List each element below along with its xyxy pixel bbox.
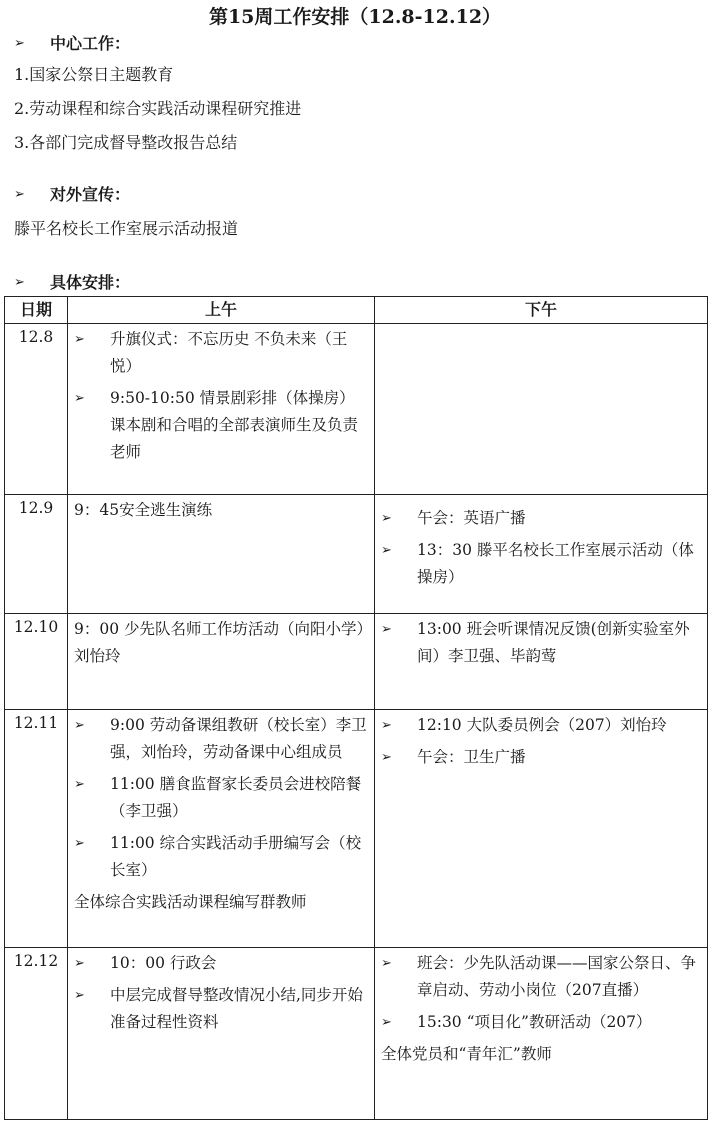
date-cell: 12.10: [5, 614, 68, 710]
bullet-text: 13：30 滕平名校长工作室展示活动（体操房）: [417, 537, 703, 591]
bullet-text: 午会：卫生广播: [417, 744, 703, 771]
table-row: 12.12➢10：00 行政会➢中层完成督导整改情况小结,同步开始准备过程性资料…: [5, 948, 708, 1120]
am-cell: ➢升旗仪式：不忘历史 不负未来（王悦）➢9:50-10:50 情景剧彩排（体操房…: [68, 324, 375, 495]
center-work-item: 2.劳动课程和综合实践活动课程研究推进: [14, 98, 301, 120]
arrow-bullet-icon: ➢: [14, 184, 50, 206]
bullet-text: 13:00 班会听课情况反馈(创新实验室外间）李卫强、毕韵莺: [417, 616, 703, 670]
arrow-bullet-icon: ➢: [74, 385, 110, 466]
arrow-bullet-icon: ➢: [381, 950, 417, 1004]
bullet-text: 15:30 “项目化”教研活动（207）: [417, 1009, 703, 1036]
arrow-bullet-icon: ➢: [74, 712, 110, 766]
arrow-bullet-icon: ➢: [14, 33, 50, 55]
section-heading-text: 中心工作：: [50, 33, 130, 55]
section-heading-text: 具体安排：: [50, 272, 130, 294]
center-work-item: 1.国家公祭日主题教育: [14, 64, 173, 86]
bullet-text: 10：00 行政会: [110, 950, 370, 977]
header-am: 上午: [68, 297, 375, 324]
bullet-item: ➢午会：卫生广播: [381, 744, 703, 771]
bullet-item: ➢12:10 大队委员例会（207）刘怡玲: [381, 712, 703, 739]
plain-text: 9：45安全逃生演练: [74, 497, 370, 524]
am-cell: ➢10：00 行政会➢中层完成督导整改情况小结,同步开始准备过程性资料: [68, 948, 375, 1120]
date-cell: 12.11: [5, 710, 68, 948]
table-row: 12.11➢9:00 劳动备课组教研（校长室）李卫强，刘怡玲，劳动备课中心组成员…: [5, 710, 708, 948]
arrow-bullet-icon: ➢: [14, 272, 50, 294]
bullet-item: ➢9:00 劳动备课组教研（校长室）李卫强，刘怡玲，劳动备课中心组成员: [74, 712, 370, 766]
document-title: 第15周工作安排（12.8-12.12）: [0, 4, 710, 30]
date-cell: 12.12: [5, 948, 68, 1120]
section-heading-center-work: ➢ 中心工作：: [14, 33, 130, 55]
pm-cell: ➢班会：少先队活动课——国家公祭日、争章启动、劳动小岗位（207直播）➢15:3…: [375, 948, 708, 1120]
am-cell: 9：00 少先队名师工作坊活动（向阳小学）刘怡玲: [68, 614, 375, 710]
bullet-text: 12:10 大队委员例会（207）刘怡玲: [417, 712, 703, 739]
am-cell: 9：45安全逃生演练: [68, 495, 375, 614]
bullet-item: ➢9:50-10:50 情景剧彩排（体操房）课本剧和合唱的全部表演师生及负责老师: [74, 385, 370, 466]
table-row: 12.8➢升旗仪式：不忘历史 不负未来（王悦）➢9:50-10:50 情景剧彩排…: [5, 324, 708, 495]
section-heading-text: 对外宣传：: [50, 184, 130, 206]
bullet-text: 升旗仪式：不忘历史 不负未来（王悦）: [110, 326, 370, 380]
bullet-text: 9:00 劳动备课组教研（校长室）李卫强，刘怡玲，劳动备课中心组成员: [110, 712, 370, 766]
bullet-item: ➢11:00 膳食监督家长委员会进校陪餐（李卫强）: [74, 771, 370, 825]
plain-text: 全体党员和“青年汇”教师: [381, 1041, 703, 1068]
arrow-bullet-icon: ➢: [74, 950, 110, 977]
arrow-bullet-icon: ➢: [74, 830, 110, 884]
table-row: 12.109：00 少先队名师工作坊活动（向阳小学）刘怡玲➢13:00 班会听课…: [5, 614, 708, 710]
arrow-bullet-icon: ➢: [74, 326, 110, 380]
bullet-text: 11:00 膳食监督家长委员会进校陪餐（李卫强）: [110, 771, 370, 825]
arrow-bullet-icon: ➢: [74, 982, 110, 1036]
bullet-item: ➢班会：少先队活动课——国家公祭日、争章启动、劳动小岗位（207直播）: [381, 950, 703, 1004]
bullet-text: 11:00 综合实践活动手册编写会（校长室）: [110, 830, 370, 884]
plain-text: 9：00 少先队名师工作坊活动（向阳小学）刘怡玲: [74, 616, 370, 670]
pm-cell: ➢13:00 班会听课情况反馈(创新实验室外间）李卫强、毕韵莺: [375, 614, 708, 710]
bullet-text: 中层完成督导整改情况小结,同步开始准备过程性资料: [110, 982, 370, 1036]
publicity-item: 滕平名校长工作室展示活动报道: [14, 218, 238, 240]
bullet-item: ➢13：30 滕平名校长工作室展示活动（体操房）: [381, 537, 703, 591]
header-pm: 下午: [375, 297, 708, 324]
bullet-item: ➢中层完成督导整改情况小结,同步开始准备过程性资料: [74, 982, 370, 1036]
arrow-bullet-icon: ➢: [74, 771, 110, 825]
date-cell: 12.9: [5, 495, 68, 614]
schedule-table: 日期 上午 下午 12.8➢升旗仪式：不忘历史 不负未来（王悦）➢9:50-10…: [4, 296, 708, 1120]
bullet-item: ➢午会：英语广播: [381, 505, 703, 532]
arrow-bullet-icon: ➢: [381, 505, 417, 532]
section-heading-publicity: ➢ 对外宣传：: [14, 184, 130, 206]
arrow-bullet-icon: ➢: [381, 616, 417, 670]
table-header-row: 日期 上午 下午: [5, 297, 708, 324]
bullet-item: ➢11:00 综合实践活动手册编写会（校长室）: [74, 830, 370, 884]
table-row: 12.99：45安全逃生演练➢午会：英语广播➢13：30 滕平名校长工作室展示活…: [5, 495, 708, 614]
bullet-item: ➢13:00 班会听课情况反馈(创新实验室外间）李卫强、毕韵莺: [381, 616, 703, 670]
bullet-text: 9:50-10:50 情景剧彩排（体操房）课本剧和合唱的全部表演师生及负责老师: [110, 385, 370, 466]
arrow-bullet-icon: ➢: [381, 1009, 417, 1036]
pm-cell: ➢午会：英语广播➢13：30 滕平名校长工作室展示活动（体操房）: [375, 495, 708, 614]
bullet-item: ➢升旗仪式：不忘历史 不负未来（王悦）: [74, 326, 370, 380]
header-date: 日期: [5, 297, 68, 324]
bullet-item: ➢10：00 行政会: [74, 950, 370, 977]
plain-text: 全体综合实践活动课程编写群教师: [74, 889, 370, 916]
bullet-text: 班会：少先队活动课——国家公祭日、争章启动、劳动小岗位（207直播）: [417, 950, 703, 1004]
pm-cell: ➢12:10 大队委员例会（207）刘怡玲➢午会：卫生广播: [375, 710, 708, 948]
arrow-bullet-icon: ➢: [381, 537, 417, 591]
date-cell: 12.8: [5, 324, 68, 495]
bullet-item: ➢15:30 “项目化”教研活动（207）: [381, 1009, 703, 1036]
arrow-bullet-icon: ➢: [381, 744, 417, 771]
am-cell: ➢9:00 劳动备课组教研（校长室）李卫强，刘怡玲，劳动备课中心组成员➢11:0…: [68, 710, 375, 948]
arrow-bullet-icon: ➢: [381, 712, 417, 739]
center-work-item: 3.各部门完成督导整改报告总结: [14, 132, 237, 154]
section-heading-schedule: ➢ 具体安排：: [14, 272, 130, 294]
pm-cell: [375, 324, 708, 495]
bullet-text: 午会：英语广播: [417, 505, 703, 532]
